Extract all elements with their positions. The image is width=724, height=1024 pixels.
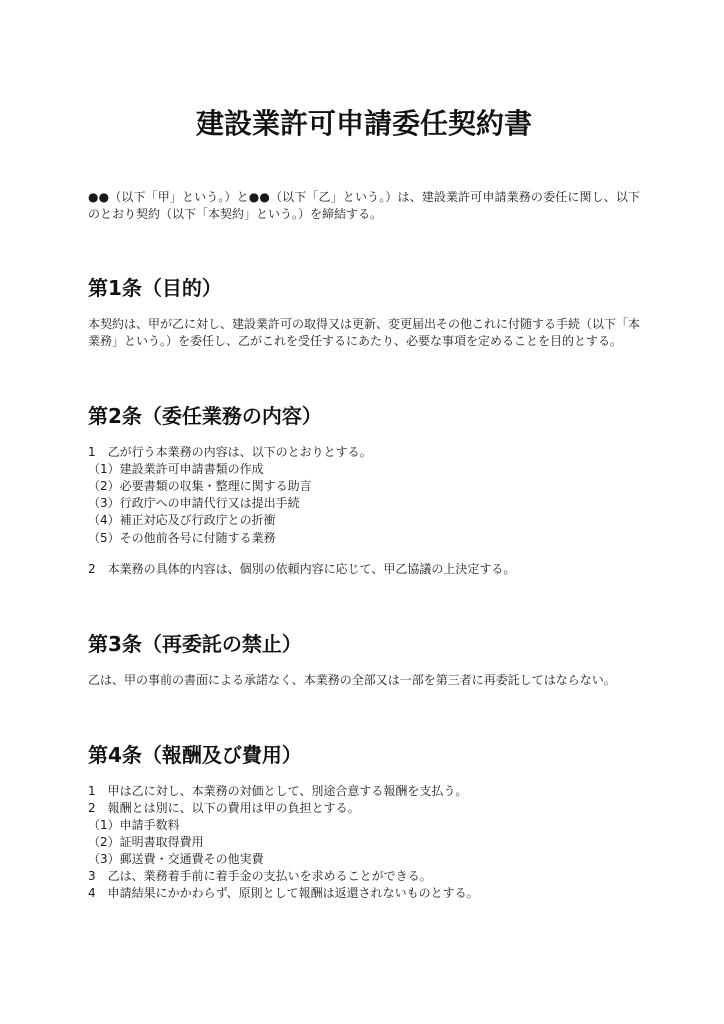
article-2-para-1: 1 乙が行う本業務の内容は、以下のとおりとする。 <box>88 444 640 461</box>
article-4-line-6: 3 乙は、業務着手前に着手金の支払いを求めることができる。 <box>88 868 640 885</box>
article-4-line-7: 4 申請結果にかかわらず、原則として報酬は返還されないものとする。 <box>88 885 640 902</box>
article-4-line-3: （1）申請手数料 <box>88 817 640 834</box>
article-4-line-2: 2 報酬とは別に、以下の費用は甲の負担とする。 <box>88 800 640 817</box>
article-3: 第3条（再委託の禁止） 乙は、甲の事前の書面による承諾なく、本業務の全部又は一部… <box>88 630 640 689</box>
article-1: 第1条（目的） 本契約は、甲が乙に対し、建設業許可の取得又は更新、変更届出その他… <box>88 274 640 350</box>
document-title: 建設業許可申請委任契約書 <box>88 104 640 143</box>
article-4-heading: 第4条（報酬及び費用） <box>88 741 640 769</box>
preamble: ●●（以下「甲」という。）と●●（以下「乙」という。）は、建設業許可申請業務の委… <box>88 189 640 222</box>
article-2: 第2条（委任業務の内容） 1 乙が行う本業務の内容は、以下のとおりとする。 （1… <box>88 402 640 577</box>
article-2-heading: 第2条（委任業務の内容） <box>88 402 640 430</box>
article-3-body: 乙は、甲の事前の書面による承諾なく、本業務の全部又は一部を第三者に再委託してはな… <box>88 672 640 689</box>
article-4-line-1: 1 甲は乙に対し、本業務の対価として、別途合意する報酬を支払う。 <box>88 783 640 800</box>
article-2-item-5: （5）その他前各号に付随する業務 <box>88 530 640 547</box>
article-4: 第4条（報酬及び費用） 1 甲は乙に対し、本業務の対価として、別途合意する報酬を… <box>88 741 640 902</box>
article-2-item-2: （2）必要書類の収集・整理に関する助言 <box>88 478 640 495</box>
article-1-body: 本契約は、甲が乙に対し、建設業許可の取得又は更新、変更届出その他これに付随する手… <box>88 316 640 350</box>
article-1-heading: 第1条（目的） <box>88 274 640 302</box>
article-3-heading: 第3条（再委託の禁止） <box>88 630 640 658</box>
article-2-para-2: 2 本業務の具体的内容は、個別の依頼内容に応じて、甲乙協議の上決定する。 <box>88 561 640 578</box>
article-4-line-5: （3）郵送費・交通費その他実費 <box>88 851 640 868</box>
article-2-item-1: （1）建設業許可申請書類の作成 <box>88 461 640 478</box>
document-page: 建設業許可申請委任契約書 ●●（以下「甲」という。）と●●（以下「乙」という。）… <box>0 0 724 1024</box>
article-2-item-3: （3）行政庁への申請代行又は提出手続 <box>88 495 640 512</box>
article-2-item-4: （4）補正対応及び行政庁との折衝 <box>88 512 640 529</box>
article-4-line-4: （2）証明書取得費用 <box>88 834 640 851</box>
